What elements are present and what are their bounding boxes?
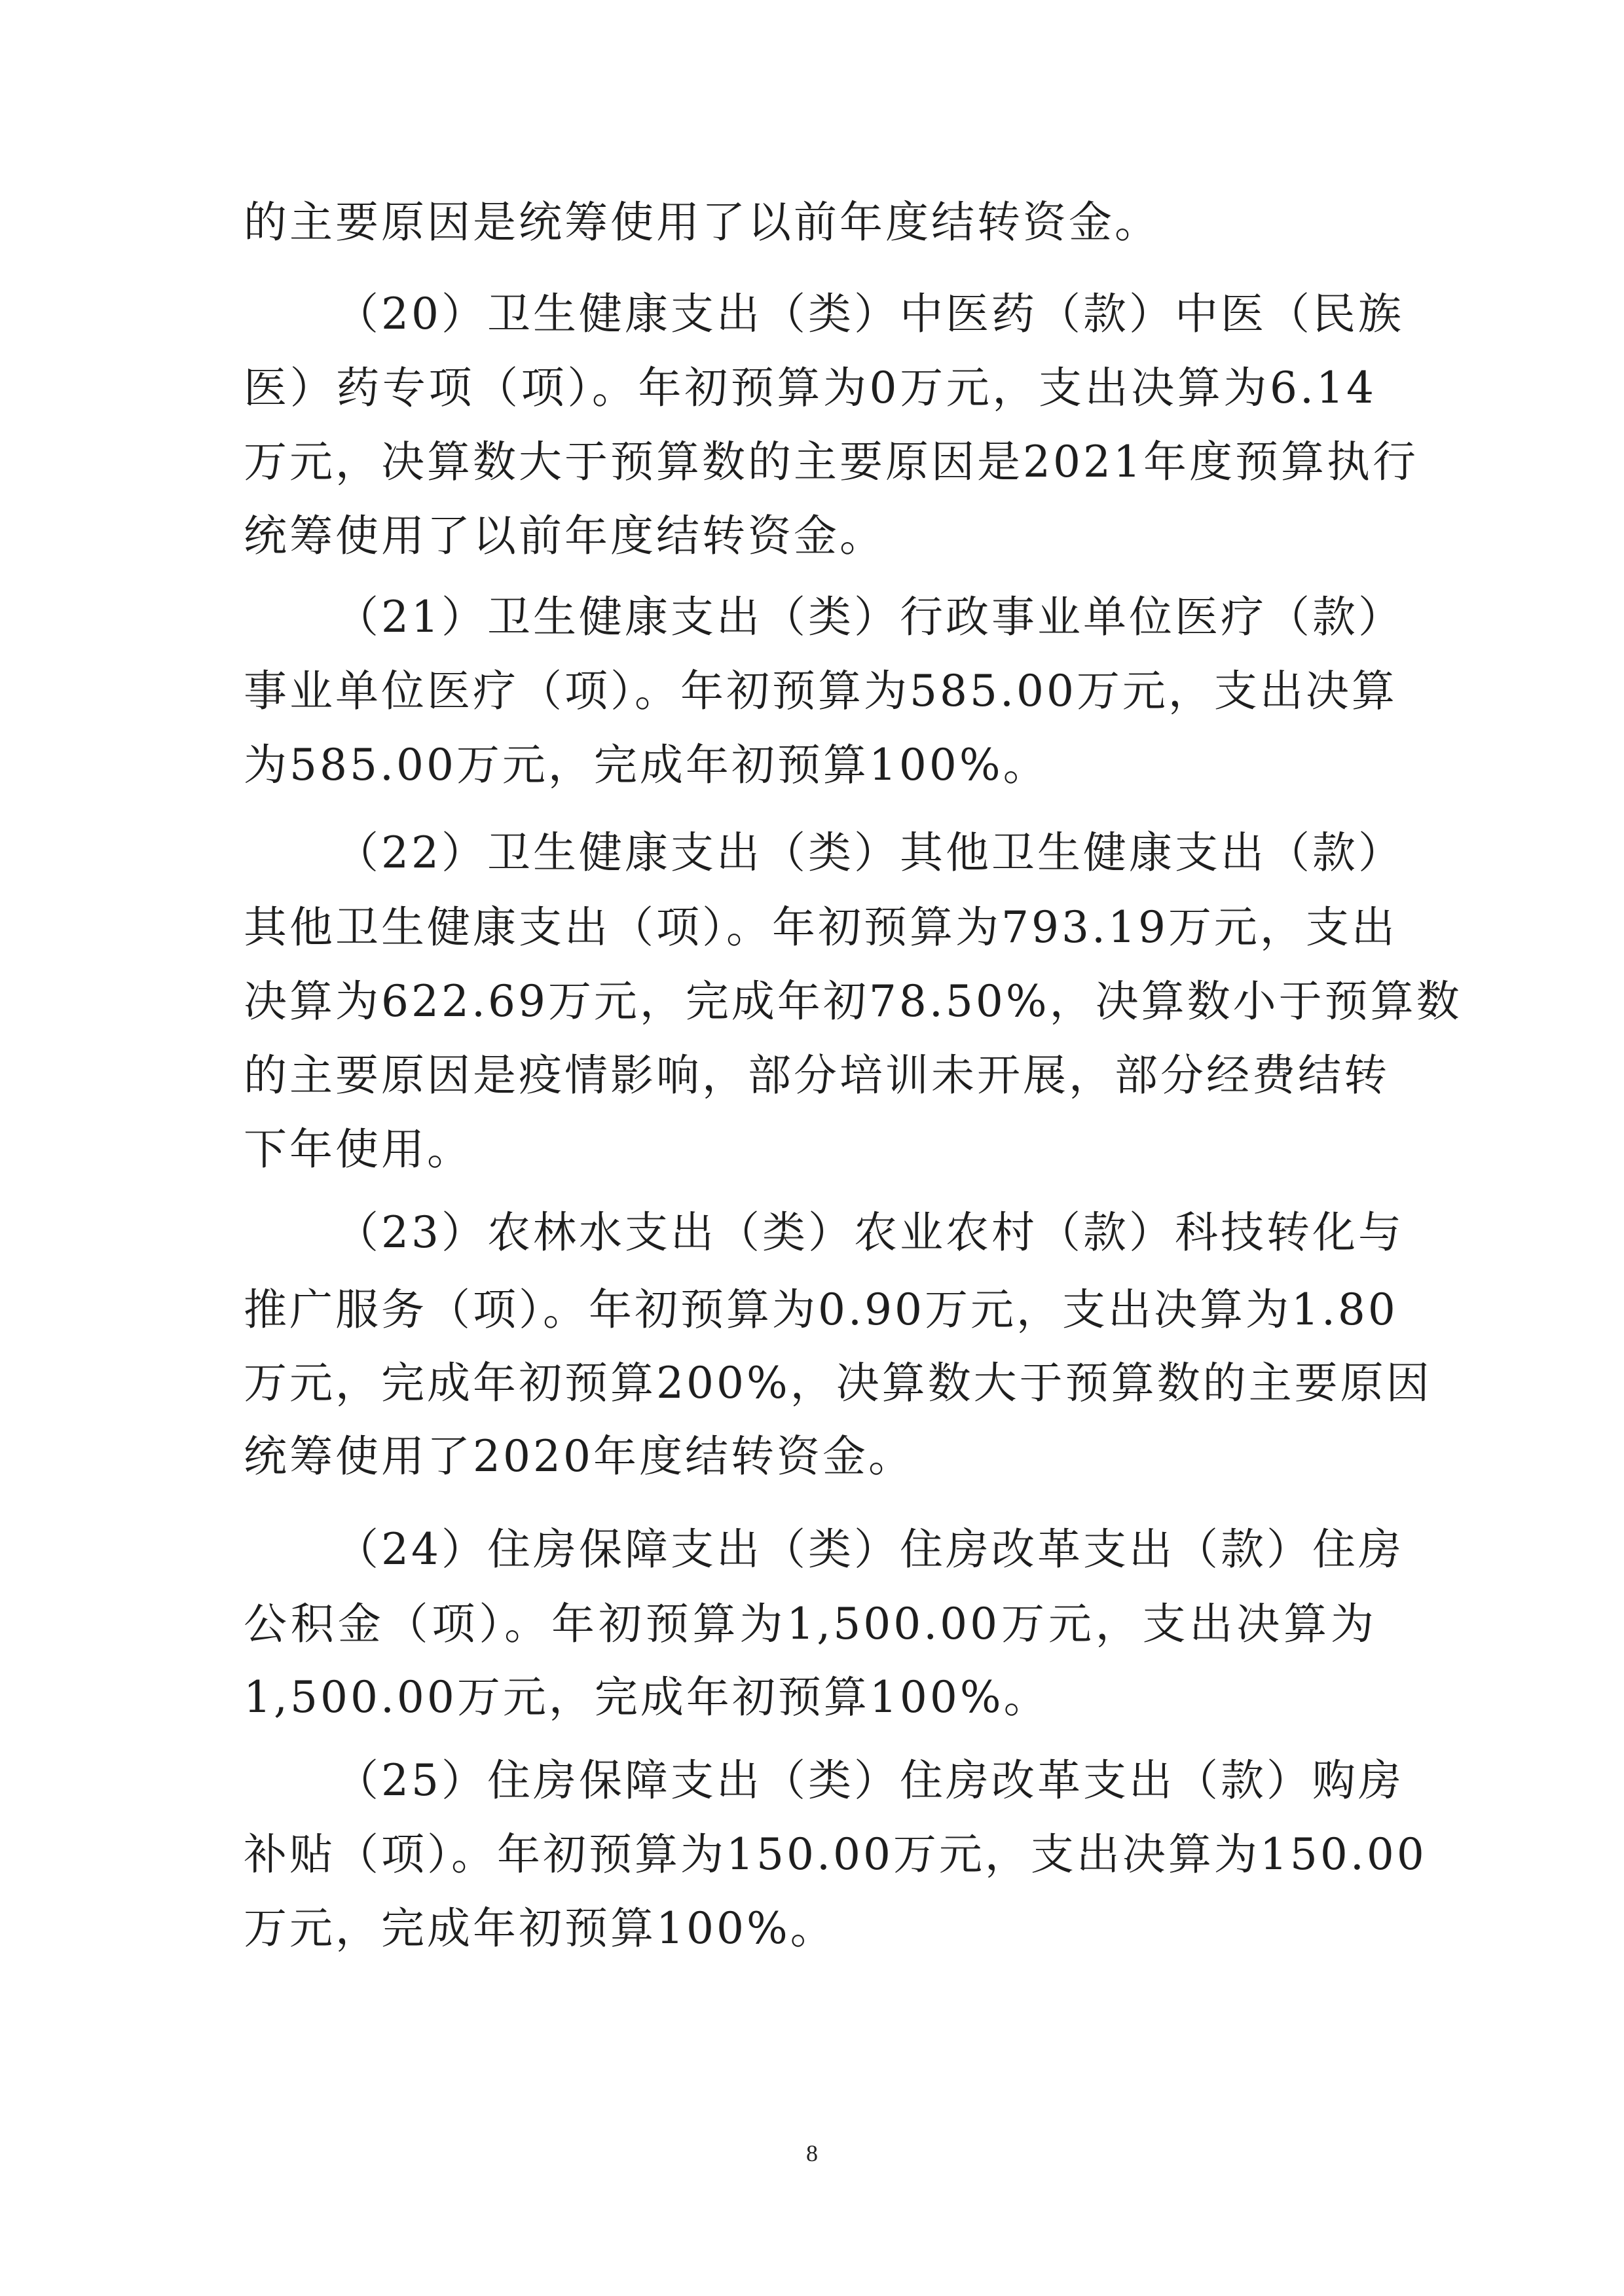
paragraph-20-line-4: 统筹使用了以前年度结转资金。 <box>244 510 1376 562</box>
paragraph-25-line-2: 补贴（项）。年初预算为150.00万元，支出决算为150.00 <box>244 1829 1376 1881</box>
paragraph-20-line-1: （20）卫生健康支出（类）中医药（款）中医（民族 <box>335 288 1376 340</box>
paragraph-24-line-3: 1,500.00万元，完成年初预算100%。 <box>244 1671 1376 1724</box>
paragraph-21-line-1: （21）卫生健康支出（类）行政事业单位医疗（款） <box>335 591 1376 644</box>
paragraph-22-line-3: 决算为622.69万元，完成年初78.50%，决算数小于预算数 <box>244 975 1376 1028</box>
document-page: 的主要原因是统筹使用了以前年度结转资金。 （20）卫生健康支出（类）中医药（款）… <box>0 0 1624 2296</box>
paragraph-20-line-2: 医）药专项（项）。年初预算为0万元，支出决算为6.14 <box>244 362 1376 414</box>
paragraph-22-line-5: 下年使用。 <box>244 1123 1376 1176</box>
paragraph-line: 的主要原因是统筹使用了以前年度结转资金。 <box>244 196 1376 249</box>
paragraph-23-line-4: 统筹使用了2020年度结转资金。 <box>244 1430 1376 1483</box>
paragraph-23-line-3: 万元，完成年初预算200%，决算数大于预算数的主要原因 <box>244 1357 1376 1410</box>
paragraph-23-line-1: （23）农林水支出（类）农业农村（款）科技转化与 <box>335 1207 1376 1259</box>
page-number: 8 <box>0 2140 1624 2167</box>
paragraph-21-line-3: 为585.00万元，完成年初预算100%。 <box>244 739 1376 792</box>
paragraph-21-line-2: 事业单位医疗（项）。年初预算为585.00万元，支出决算 <box>244 665 1376 718</box>
paragraph-25-line-1: （25）住房保障支出（类）住房改革支出（款）购房 <box>335 1755 1376 1807</box>
paragraph-24-line-1: （24）住房保障支出（类）住房改革支出（款）住房 <box>335 1523 1376 1576</box>
paragraph-23-line-2: 推广服务（项）。年初预算为0.90万元，支出决算为1.80 <box>244 1284 1376 1336</box>
paragraph-20-line-3: 万元，决算数大于预算数的主要原因是2021年度预算执行 <box>244 436 1376 488</box>
paragraph-24-line-2: 公积金（项）。年初预算为1,500.00万元，支出决算为 <box>244 1598 1376 1650</box>
paragraph-22-line-2: 其他卫生健康支出（项）。年初预算为793.19万元，支出 <box>244 902 1376 954</box>
paragraph-25-line-3: 万元，完成年初预算100%。 <box>244 1903 1376 1955</box>
paragraph-22-line-1: （22）卫生健康支出（类）其他卫生健康支出（款） <box>335 827 1376 879</box>
paragraph-22-line-4: 的主要原因是疫情影响，部分培训未开展，部分经费结转 <box>244 1049 1376 1102</box>
